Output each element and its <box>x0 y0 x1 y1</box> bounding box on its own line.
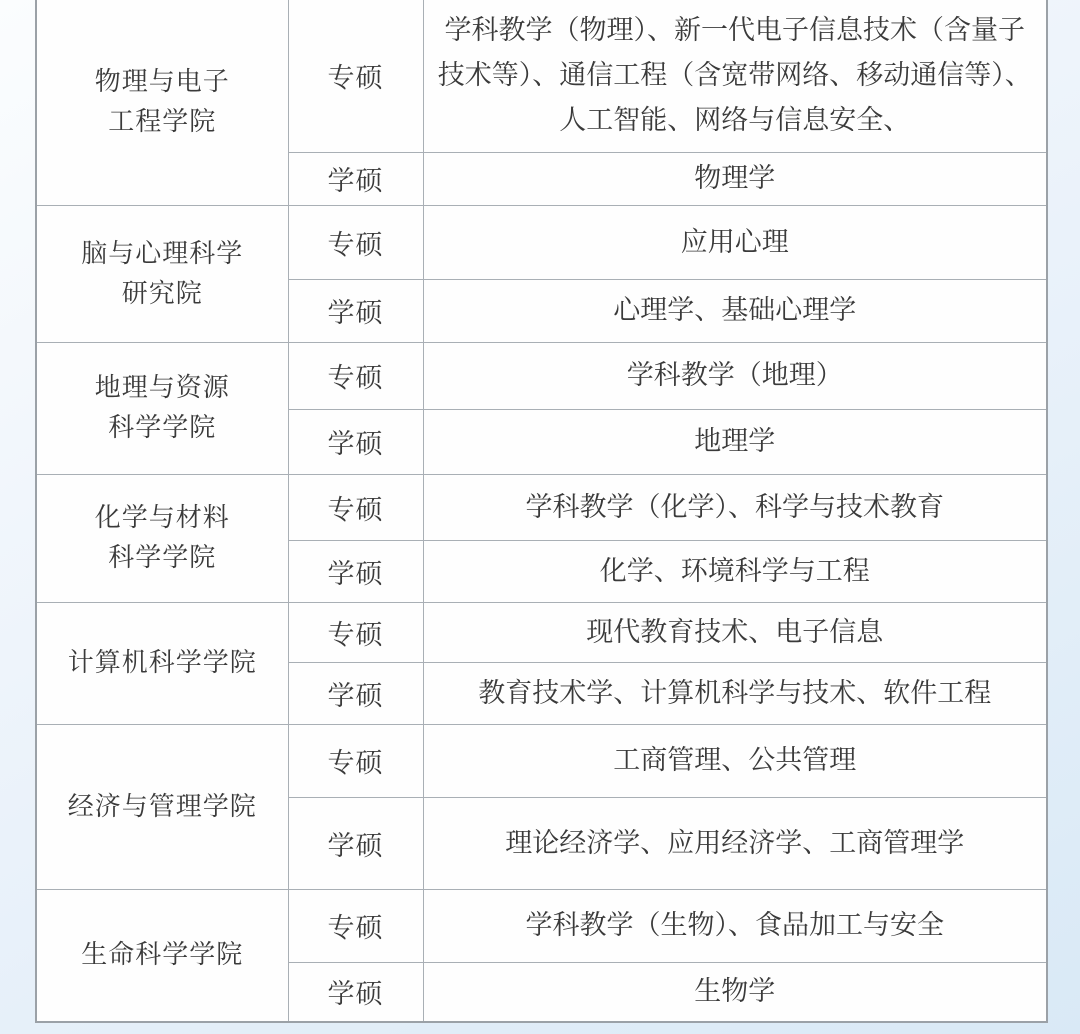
degree-type-cell: 学硕 <box>288 540 423 602</box>
program-list-cell: 理论经济学、应用经济学、工商管理学 <box>423 797 1047 889</box>
table-row: 计算机科学学院 专硕 现代教育技术、电子信息 <box>36 602 1047 662</box>
college-cell: 脑与心理科学 研究院 <box>36 205 288 342</box>
table-row: 经济与管理学院 专硕 工商管理、公共管理 <box>36 724 1047 797</box>
degree-type-cell: 学硕 <box>288 409 423 474</box>
degree-type-cell: 学硕 <box>288 152 423 205</box>
program-list-cell: 生物学 <box>423 962 1047 1022</box>
program-list-cell: 学科教学（化学）、科学与技术教育 <box>423 474 1047 540</box>
table-row: 物理与电子 工程学院 专硕 学科教学（物理）、新一代电子信息技术（含量子技术等）… <box>36 0 1047 152</box>
program-list-cell: 地理学 <box>423 409 1047 474</box>
program-list-cell: 教育技术学、计算机科学与技术、软件工程 <box>423 662 1047 724</box>
program-list-cell: 工商管理、公共管理 <box>423 724 1047 797</box>
program-list-cell: 学科教学（物理）、新一代电子信息技术（含量子技术等）、通信工程（含宽带网络、移动… <box>423 0 1047 152</box>
degree-type-cell: 学硕 <box>288 279 423 342</box>
college-cell: 计算机科学学院 <box>36 602 288 724</box>
program-list-cell: 现代教育技术、电子信息 <box>423 602 1047 662</box>
degree-type-cell: 学硕 <box>288 662 423 724</box>
college-cell: 化学与材料 科学学院 <box>36 474 288 602</box>
degree-type-cell: 学硕 <box>288 962 423 1022</box>
table-row: 生命科学学院 专硕 学科教学（生物）、食品加工与安全 <box>36 889 1047 962</box>
degree-type-cell: 专硕 <box>288 724 423 797</box>
college-cell: 经济与管理学院 <box>36 724 288 889</box>
graduate-programs-table-container: 物理与电子 工程学院 专硕 学科教学（物理）、新一代电子信息技术（含量子技术等）… <box>35 0 1048 1023</box>
college-cell: 生命科学学院 <box>36 889 288 1022</box>
degree-type-cell: 专硕 <box>288 342 423 409</box>
graduate-programs-table: 物理与电子 工程学院 专硕 学科教学（物理）、新一代电子信息技术（含量子技术等）… <box>35 0 1048 1023</box>
degree-type-cell: 专硕 <box>288 474 423 540</box>
program-list-cell: 学科教学（地理） <box>423 342 1047 409</box>
table-row: 脑与心理科学 研究院 专硕 应用心理 <box>36 205 1047 279</box>
program-list-cell: 学科教学（生物）、食品加工与安全 <box>423 889 1047 962</box>
program-list-cell: 化学、环境科学与工程 <box>423 540 1047 602</box>
college-cell: 地理与资源 科学学院 <box>36 342 288 474</box>
table-row: 地理与资源 科学学院 专硕 学科教学（地理） <box>36 342 1047 409</box>
program-list-cell: 物理学 <box>423 152 1047 205</box>
degree-type-cell: 专硕 <box>288 889 423 962</box>
program-list-cell: 心理学、基础心理学 <box>423 279 1047 342</box>
degree-type-cell: 专硕 <box>288 0 423 152</box>
program-list-cell: 应用心理 <box>423 205 1047 279</box>
degree-type-cell: 专硕 <box>288 205 423 279</box>
table-row: 化学与材料 科学学院 专硕 学科教学（化学）、科学与技术教育 <box>36 474 1047 540</box>
degree-type-cell: 学硕 <box>288 797 423 889</box>
degree-type-cell: 专硕 <box>288 602 423 662</box>
college-cell: 物理与电子 工程学院 <box>36 0 288 205</box>
